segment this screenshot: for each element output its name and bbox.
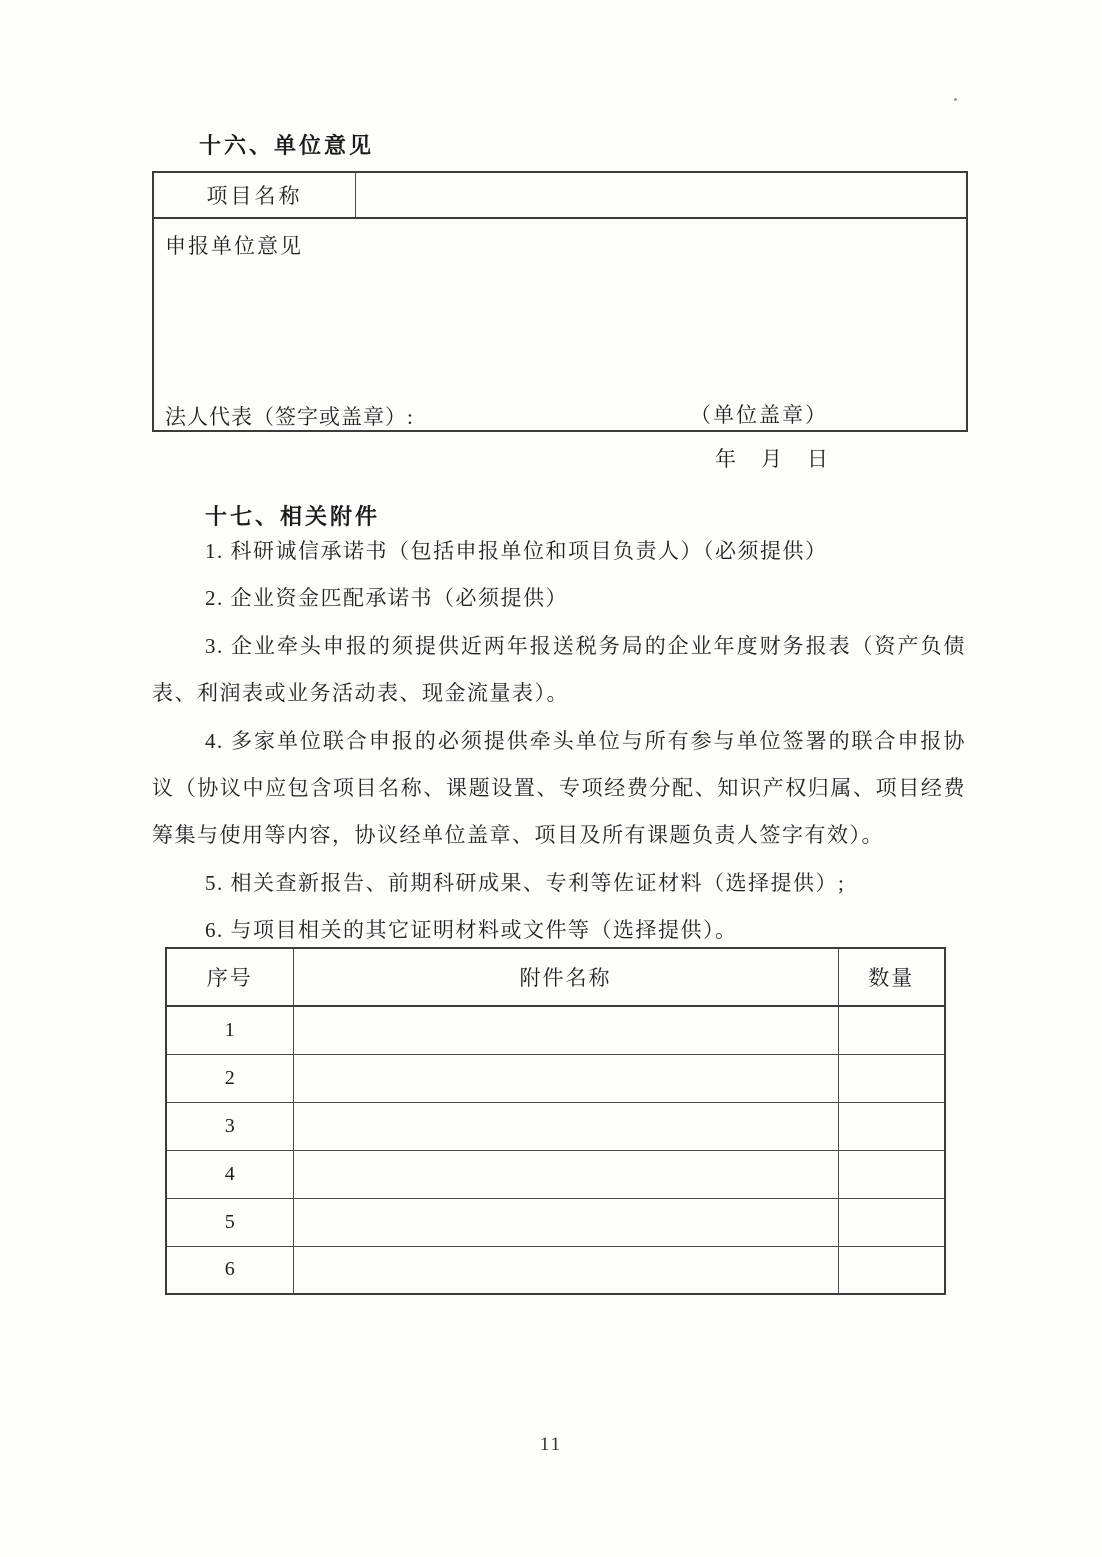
row-name-cell [293,1198,838,1246]
project-name-value-cell [356,173,966,217]
section17-heading: 十七、相关附件 [205,500,380,531]
page-number: 11 [0,1434,1102,1456]
unit-opinion-table: 项目名称 申报单位意见 法人代表（签字或盖章）: （单位盖章） 年 月 日 [152,171,968,432]
attachment-row: 1 [166,1006,945,1054]
scan-speck [954,98,957,101]
row-name-cell [293,1246,838,1294]
attachment-item-1: 1. 科研诚信承诺书（包括申报单位和项目负责人）（必须提供） [152,528,966,575]
row-name-cell [293,1054,838,1102]
row-no-cell: 6 [166,1246,293,1294]
row-name-cell [293,1102,838,1150]
project-name-label: 项目名称 [154,173,356,217]
section16-heading: 十六、单位意见 [199,129,374,160]
row-no-cell: 4 [166,1150,293,1198]
attachment-item-3: 3. 企业牵头申报的须提供近两年报送税务局的企业年度财务报表（资产负债表、利润表… [152,623,966,718]
attachment-row: 6 [166,1246,945,1294]
attachment-item-4: 4. 多家单位联合申报的必须提供牵头单位与所有参与单位签署的联合申报协议（协议中… [152,718,966,860]
attachment-items-list: 1. 科研诚信承诺书（包括申报单位和项目负责人）（必须提供） 2. 企业资金匹配… [152,528,966,955]
attachment-row: 3 [166,1102,945,1150]
row-qty-cell [838,1006,945,1054]
row-no-cell: 2 [166,1054,293,1102]
date-label: 年 月 日 [715,443,830,473]
attachment-row: 2 [166,1054,945,1102]
attachments-table: 序号 附件名称 数量 1 2 3 4 5 6 [165,947,946,1295]
attachment-row: 4 [166,1150,945,1198]
row-name-cell [293,1006,838,1054]
row-no-cell: 3 [166,1102,293,1150]
header-attachment-name: 附件名称 [293,948,838,1006]
row-qty-cell [838,1150,945,1198]
row-qty-cell [838,1054,945,1102]
header-serial-number: 序号 [166,948,293,1006]
row-qty-cell [838,1198,945,1246]
row-qty-cell [838,1246,945,1294]
attachment-item-5: 5. 相关查新报告、前期科研成果、专利等佐证材料（选择提供）; [152,860,966,907]
header-quantity: 数量 [838,948,945,1006]
attachment-item-2: 2. 企业资金匹配承诺书（必须提供） [152,575,966,622]
declaring-unit-opinion-cell: 申报单位意见 法人代表（签字或盖章）: （单位盖章） 年 月 日 [154,219,966,430]
attachments-table-header: 序号 附件名称 数量 [166,948,945,1006]
unit-seal-label: （单位盖章） [690,399,828,429]
row-no-cell: 1 [166,1006,293,1054]
project-name-row: 项目名称 [154,173,966,219]
opinion-label: 申报单位意见 [165,230,303,260]
row-qty-cell [838,1102,945,1150]
row-no-cell: 5 [166,1198,293,1246]
attachment-row: 5 [166,1198,945,1246]
row-name-cell [293,1150,838,1198]
document-page: 十六、单位意见 项目名称 申报单位意见 法人代表（签字或盖章）: （单位盖章） … [0,0,1102,1557]
legal-representative-label: 法人代表（签字或盖章）: [165,401,414,431]
